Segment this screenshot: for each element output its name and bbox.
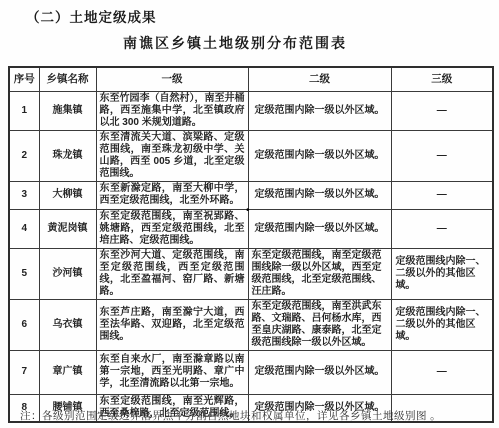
row-level3: —: [391, 130, 493, 181]
header-level1: 一级: [96, 67, 248, 91]
table-header-row: 序号 乡镇名称 一级 二级 三级: [9, 67, 493, 91]
row-township: 沙河镇: [39, 248, 96, 299]
table-title: 南谯区乡镇土地级别分布范围表: [0, 33, 470, 53]
row-township: 乌衣镇: [39, 299, 96, 350]
row-serial: 2: [9, 130, 39, 181]
row-level2: 定级范围内除一级以外区域。: [248, 91, 391, 130]
row-level1: 东至竹园李（自然村），南至井桶路，西至施集中学，北至镇政府以北 300 米规划道…: [96, 91, 248, 130]
document-page: （二）土地定级成果 南谯区乡镇土地级别分布范围表 序号 乡镇名称 一级 二级 三…: [0, 0, 499, 428]
row-level3: —: [391, 181, 493, 209]
row-serial: 4: [9, 209, 39, 248]
row-serial: 5: [9, 248, 39, 299]
header-township: 乡镇名称: [39, 67, 96, 91]
table-row: 7 章广镇 东至自来水厂，南至滁章路以南第一宗地，西至光明路、章广中学，北至清流…: [9, 350, 493, 394]
table-row: 1 施集镇 东至竹园李（自然村），南至井桶路，西至施集中学，北至镇政府以北 30…: [9, 91, 493, 130]
row-level3: —: [391, 91, 493, 130]
row-level2: 东至定级范围线，南至定级范围线除一级以外区域，西至定级范围线，北至定级范围线、汪…: [248, 248, 391, 299]
row-level2: 定级范围内除一级以外区域。: [248, 350, 391, 394]
row-level3: —: [391, 209, 493, 248]
row-level1: 东至芦庄路，南至滁宁大道，西至法华路、双迎路，北至定级范围线。: [96, 299, 248, 350]
row-level2: 定级范围内除一级以外区域。: [248, 130, 391, 181]
row-level1: 东至沙河大道、定级范围线，南至定级范围线，西至定级范围线，北至盈福河、窑厂路、新…: [96, 248, 248, 299]
row-level3: 定级范围线内除一、二级以外的其他区域。: [391, 299, 493, 350]
row-serial: 3: [9, 181, 39, 209]
row-level2: 定级范围内除一级以外区域。: [248, 209, 391, 248]
section-title: （二）土地定级成果: [26, 6, 157, 26]
row-level3: 定级范围线内除一、二级以外的其他区域。: [391, 248, 493, 299]
row-serial: 6: [9, 299, 39, 350]
row-township: 珠龙镇: [39, 130, 96, 181]
table-row: 3 大柳镇 东至新滁定路，南至大柳中学，西至定级范围线，北至外环路。 定级范围内…: [9, 181, 493, 209]
row-level1: 东至新滁定路，南至大柳中学，西至定级范围线，北至外环路。: [96, 181, 248, 209]
row-level1: 东至定级范围线，南至祝郢路、姚塘路，西至定级范围线，北至培庄路、定级范围线。: [96, 209, 248, 248]
row-serial: 1: [9, 91, 39, 130]
table-row: 6 乌衣镇 东至芦庄路，南至滁宁大道，西至法华路、双迎路，北至定级范围线。 东至…: [9, 299, 493, 350]
header-level2: 二级: [248, 67, 391, 91]
row-township: 大柳镇: [39, 181, 96, 209]
table-row: 5 沙河镇 东至沙河大道、定级范围线，南至定级范围线，西至定级范围线，北至盈福河…: [9, 248, 493, 299]
table-row: 2 珠龙镇 东至清流关大道、滨梁路、定级范围线，南至珠龙初级中学、关山路，西至 …: [9, 130, 493, 181]
row-township: 施集镇: [39, 91, 96, 130]
stray-dot-mark: •: [246, 206, 250, 216]
row-level2: 定级范围内除一级以外区域。: [248, 181, 391, 209]
row-level3: —: [391, 350, 493, 394]
row-level1: 东至自来水厂，南至滁章路以南第一宗地，西至光明路、章广中学，北至清流路以北第一宗…: [96, 350, 248, 394]
row-level1: 东至清流关大道、滨梁路、定级范围线，南至珠龙初级中学、关山路，西至 005 乡道…: [96, 130, 248, 181]
header-level3: 三级: [391, 67, 493, 91]
row-township: 章广镇: [39, 350, 96, 394]
row-serial: 7: [9, 350, 39, 394]
header-serial: 序号: [9, 67, 39, 91]
table-row: 4 黄泥岗镇 东至定级范围线，南至祝郢路、姚塘路，西至定级范围线，北至培庄路、定…: [9, 209, 493, 248]
row-township: 黄泥岗镇: [39, 209, 96, 248]
land-grade-table: 序号 乡镇名称 一级 二级 三级 1 施集镇 东至竹园李（自然村），南至井桶路，…: [8, 66, 494, 423]
footnote: 注：各级别范围定级边界落界点不分割自然地块和权属单位，详见各乡镇土地级别图 。: [20, 408, 490, 423]
row-level2: 东至定级范围线，南至洪武东路、文瑞路、吕何杨水库，西至皇庆湖路、康泰路，北至定级…: [248, 299, 391, 350]
